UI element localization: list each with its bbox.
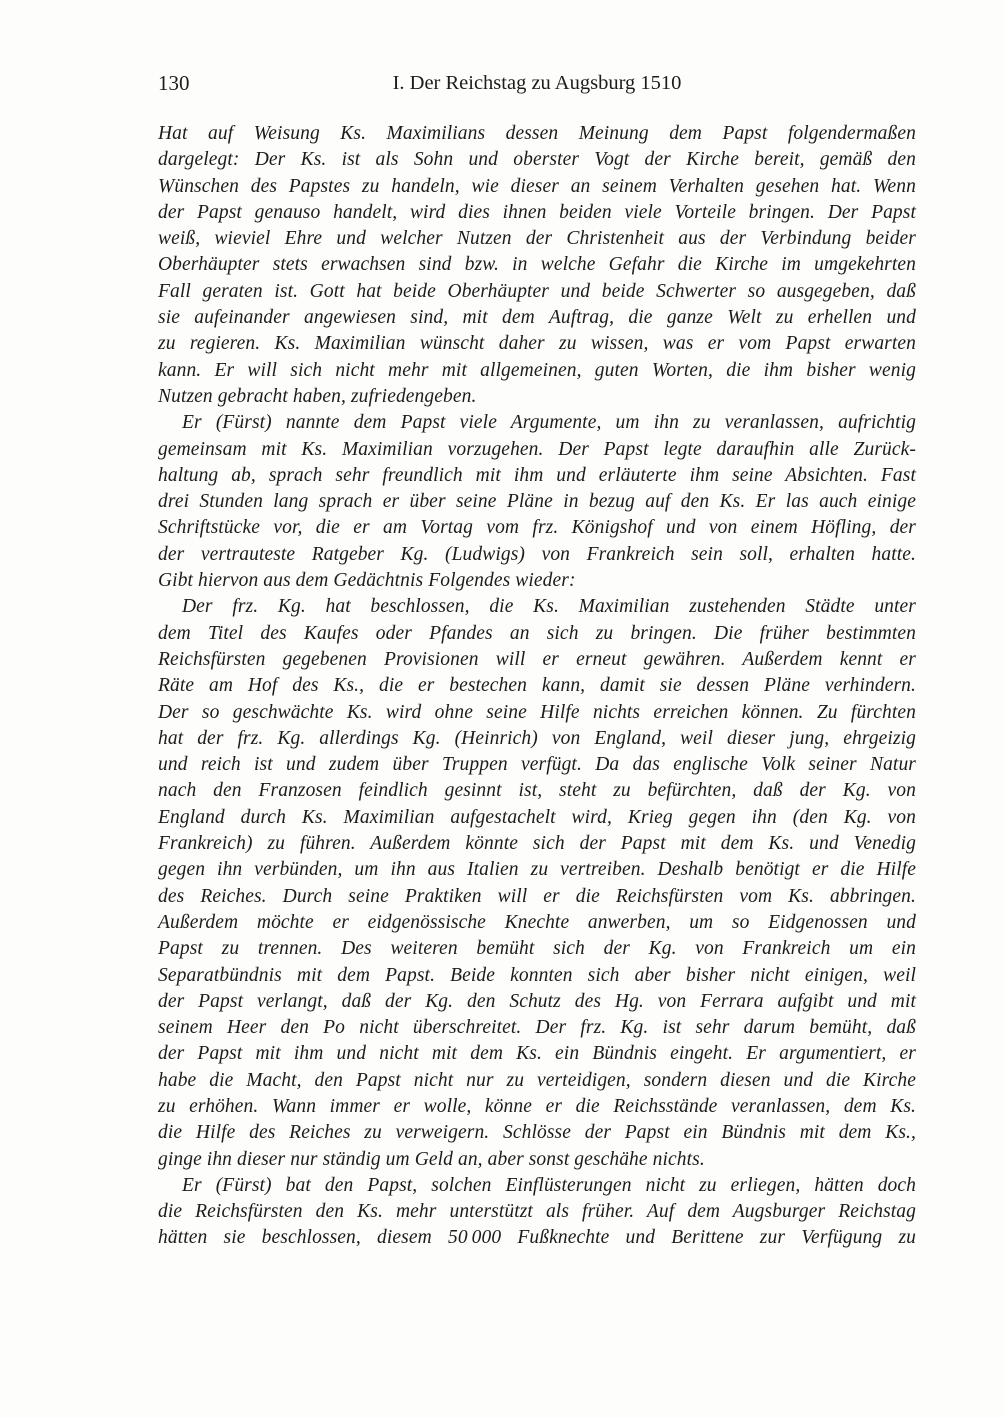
paragraph: Er (Fürst) bat den Papst, solchen Einflü… bbox=[158, 1173, 916, 1252]
text-line: dem Titel des Kaufes oder Pfandes an sic… bbox=[158, 621, 916, 647]
page-number: 130 bbox=[158, 70, 190, 96]
text-line: Oberhäupter stets erwachsen sind bzw. in… bbox=[158, 252, 916, 278]
text-line: Schriftstücke vor, die er am Vortag vom … bbox=[158, 515, 916, 541]
text-line: drei Stunden lang sprach er über seine P… bbox=[158, 489, 916, 515]
text-line: weiß, wieviel Ehre und welcher Nutzen de… bbox=[158, 226, 916, 252]
text-line: kann. Er will sich nicht mehr mit allgem… bbox=[158, 358, 916, 384]
running-title: I. Der Reichstag zu Augsburg 1510 bbox=[158, 70, 916, 96]
text-line: und reich ist und zudem über Truppen ver… bbox=[158, 752, 916, 778]
text-line: hat der frz. Kg. allerdings Kg. (Heinric… bbox=[158, 726, 916, 752]
text-line: der Papst mit ihm und nicht mit dem Ks. … bbox=[158, 1041, 916, 1067]
text-line: habe die Macht, den Papst nicht nur zu v… bbox=[158, 1068, 916, 1094]
text-line: ginge ihn dieser nur ständig um Geld an,… bbox=[158, 1147, 916, 1173]
text-line: Außerdem möchte er eidgenössische Knecht… bbox=[158, 910, 916, 936]
text-line: zu regieren. Ks. Maximilian wünscht dahe… bbox=[158, 331, 916, 357]
text-line: Nutzen gebracht haben, zufriedengeben. bbox=[158, 384, 916, 410]
text-line: gegen ihn verbünden, um ihn aus Italien … bbox=[158, 857, 916, 883]
text-line: Reichsfürsten gegebenen Provisionen will… bbox=[158, 647, 916, 673]
text-block: Hat auf Weisung Ks. Maximilians dessen M… bbox=[158, 121, 916, 1252]
text-line: Wünschen des Papstes zu handeln, wie die… bbox=[158, 174, 916, 200]
text-line: der Papst genauso handelt, wird dies ihn… bbox=[158, 200, 916, 226]
paragraph: Er (Fürst) nannte dem Papst viele Argume… bbox=[158, 410, 916, 594]
text-line: seinem Heer den Po nicht überschreitet. … bbox=[158, 1015, 916, 1041]
paragraph: Der frz. Kg. hat beschlossen, die Ks. Ma… bbox=[158, 594, 916, 1173]
text-line: sie aufeinander angewiesen sind, mit dem… bbox=[158, 305, 916, 331]
text-line: dargelegt: Der Ks. ist als Sohn und ober… bbox=[158, 147, 916, 173]
text-line: der Papst verlangt, daß der Kg. den Schu… bbox=[158, 989, 916, 1015]
text-line: Er (Fürst) bat den Papst, solchen Einflü… bbox=[158, 1173, 916, 1199]
text-line: der vertrauteste Ratgeber Kg. (Ludwigs) … bbox=[158, 542, 916, 568]
text-line: Er (Fürst) nannte dem Papst viele Argume… bbox=[158, 410, 916, 436]
text-line: Frankreich) zu führen. Außerdem könnte s… bbox=[158, 831, 916, 857]
text-line: Gibt hiervon aus dem Gedächtnis Folgende… bbox=[158, 568, 916, 594]
page-header: 130 I. Der Reichstag zu Augsburg 1510 bbox=[158, 70, 916, 98]
text-line: Räte am Hof des Ks., die er bestechen ka… bbox=[158, 673, 916, 699]
text-line: Der frz. Kg. hat beschlossen, die Ks. Ma… bbox=[158, 594, 916, 620]
text-line: Fall geraten ist. Gott hat beide Oberhäu… bbox=[158, 279, 916, 305]
book-page: 130 I. Der Reichstag zu Augsburg 1510 Ha… bbox=[0, 0, 1004, 1418]
text-line: des Reiches. Durch seine Praktiken will … bbox=[158, 884, 916, 910]
paragraph: Hat auf Weisung Ks. Maximilians dessen M… bbox=[158, 121, 916, 410]
text-line: Hat auf Weisung Ks. Maximilians dessen M… bbox=[158, 121, 916, 147]
text-line: zu erhöhen. Wann immer er wolle, könne e… bbox=[158, 1094, 916, 1120]
text-line: die Reichsfürsten den Ks. mehr unterstüt… bbox=[158, 1199, 916, 1225]
text-line: die Hilfe des Reiches zu verweigern. Sch… bbox=[158, 1120, 916, 1146]
text-line: England durch Ks. Maximilian aufgestache… bbox=[158, 805, 916, 831]
text-line: haltung ab, sprach sehr freundlich mit i… bbox=[158, 463, 916, 489]
text-line: Der so geschwächte Ks. wird ohne seine H… bbox=[158, 700, 916, 726]
text-line: hätten sie beschlossen, diesem 50 000 Fu… bbox=[158, 1225, 916, 1251]
text-line: gemeinsam mit Ks. Maximilian vorzugehen.… bbox=[158, 437, 916, 463]
text-line: nach den Franzosen feindlich gesinnt ist… bbox=[158, 778, 916, 804]
text-line: Separatbündnis mit dem Papst. Beide konn… bbox=[158, 963, 916, 989]
text-line: Papst zu trennen. Des weiteren bemüht si… bbox=[158, 936, 916, 962]
